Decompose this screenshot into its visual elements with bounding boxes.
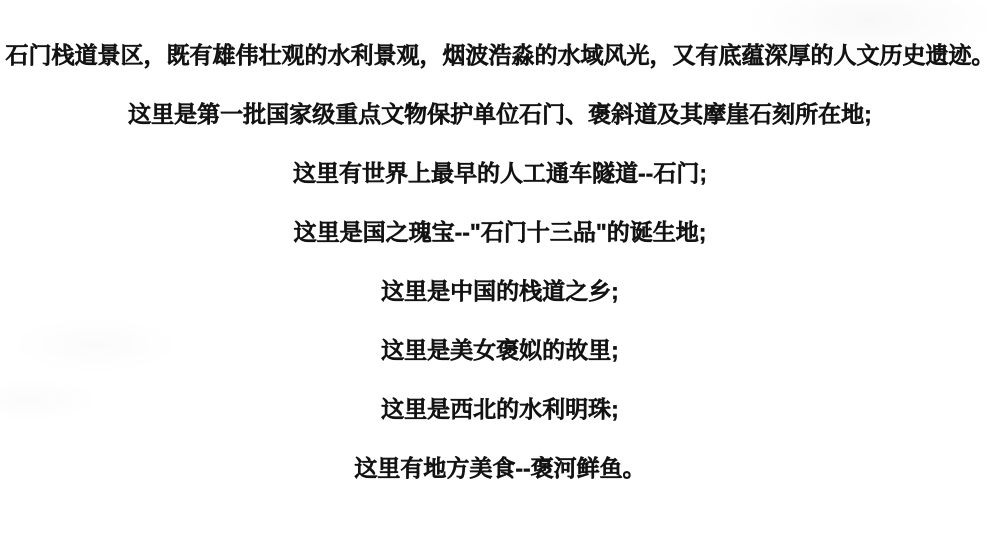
- text-line-intro: 石门栈道景区，既有雄伟壮观的水利景观，烟波浩淼的水域风光，又有底蕴深厚的人文历史…: [0, 40, 1000, 70]
- text-line-waterpearl: 这里是西北的水利明珠;: [0, 394, 1000, 424]
- text-line-baosi: 这里是美女褒姒的故里;: [0, 335, 1000, 365]
- text-line-plankroad: 这里是中国的栈道之乡;: [0, 276, 1000, 306]
- text-line-heritage: 这里是第一批国家级重点文物保护单位石门、褒斜道及其摩崖石刻所在地;: [0, 99, 1000, 129]
- text-line-food: 这里有地方美食--褒河鲜鱼。: [0, 453, 1000, 483]
- text-block: 石门栈道景区，既有雄伟壮观的水利景观，烟波浩淼的水域风光，又有底蕴深厚的人文历史…: [0, 40, 1000, 512]
- text-line-tunnel: 这里有世界上最早的人工通车隧道--石门;: [0, 158, 1000, 188]
- text-line-treasure: 这里是国之瑰宝--"石门十三品"的诞生地;: [0, 217, 1000, 247]
- slide-page: 石门栈道景区，既有雄伟壮观的水利景观，烟波浩淼的水域风光，又有底蕴深厚的人文历史…: [0, 0, 1000, 535]
